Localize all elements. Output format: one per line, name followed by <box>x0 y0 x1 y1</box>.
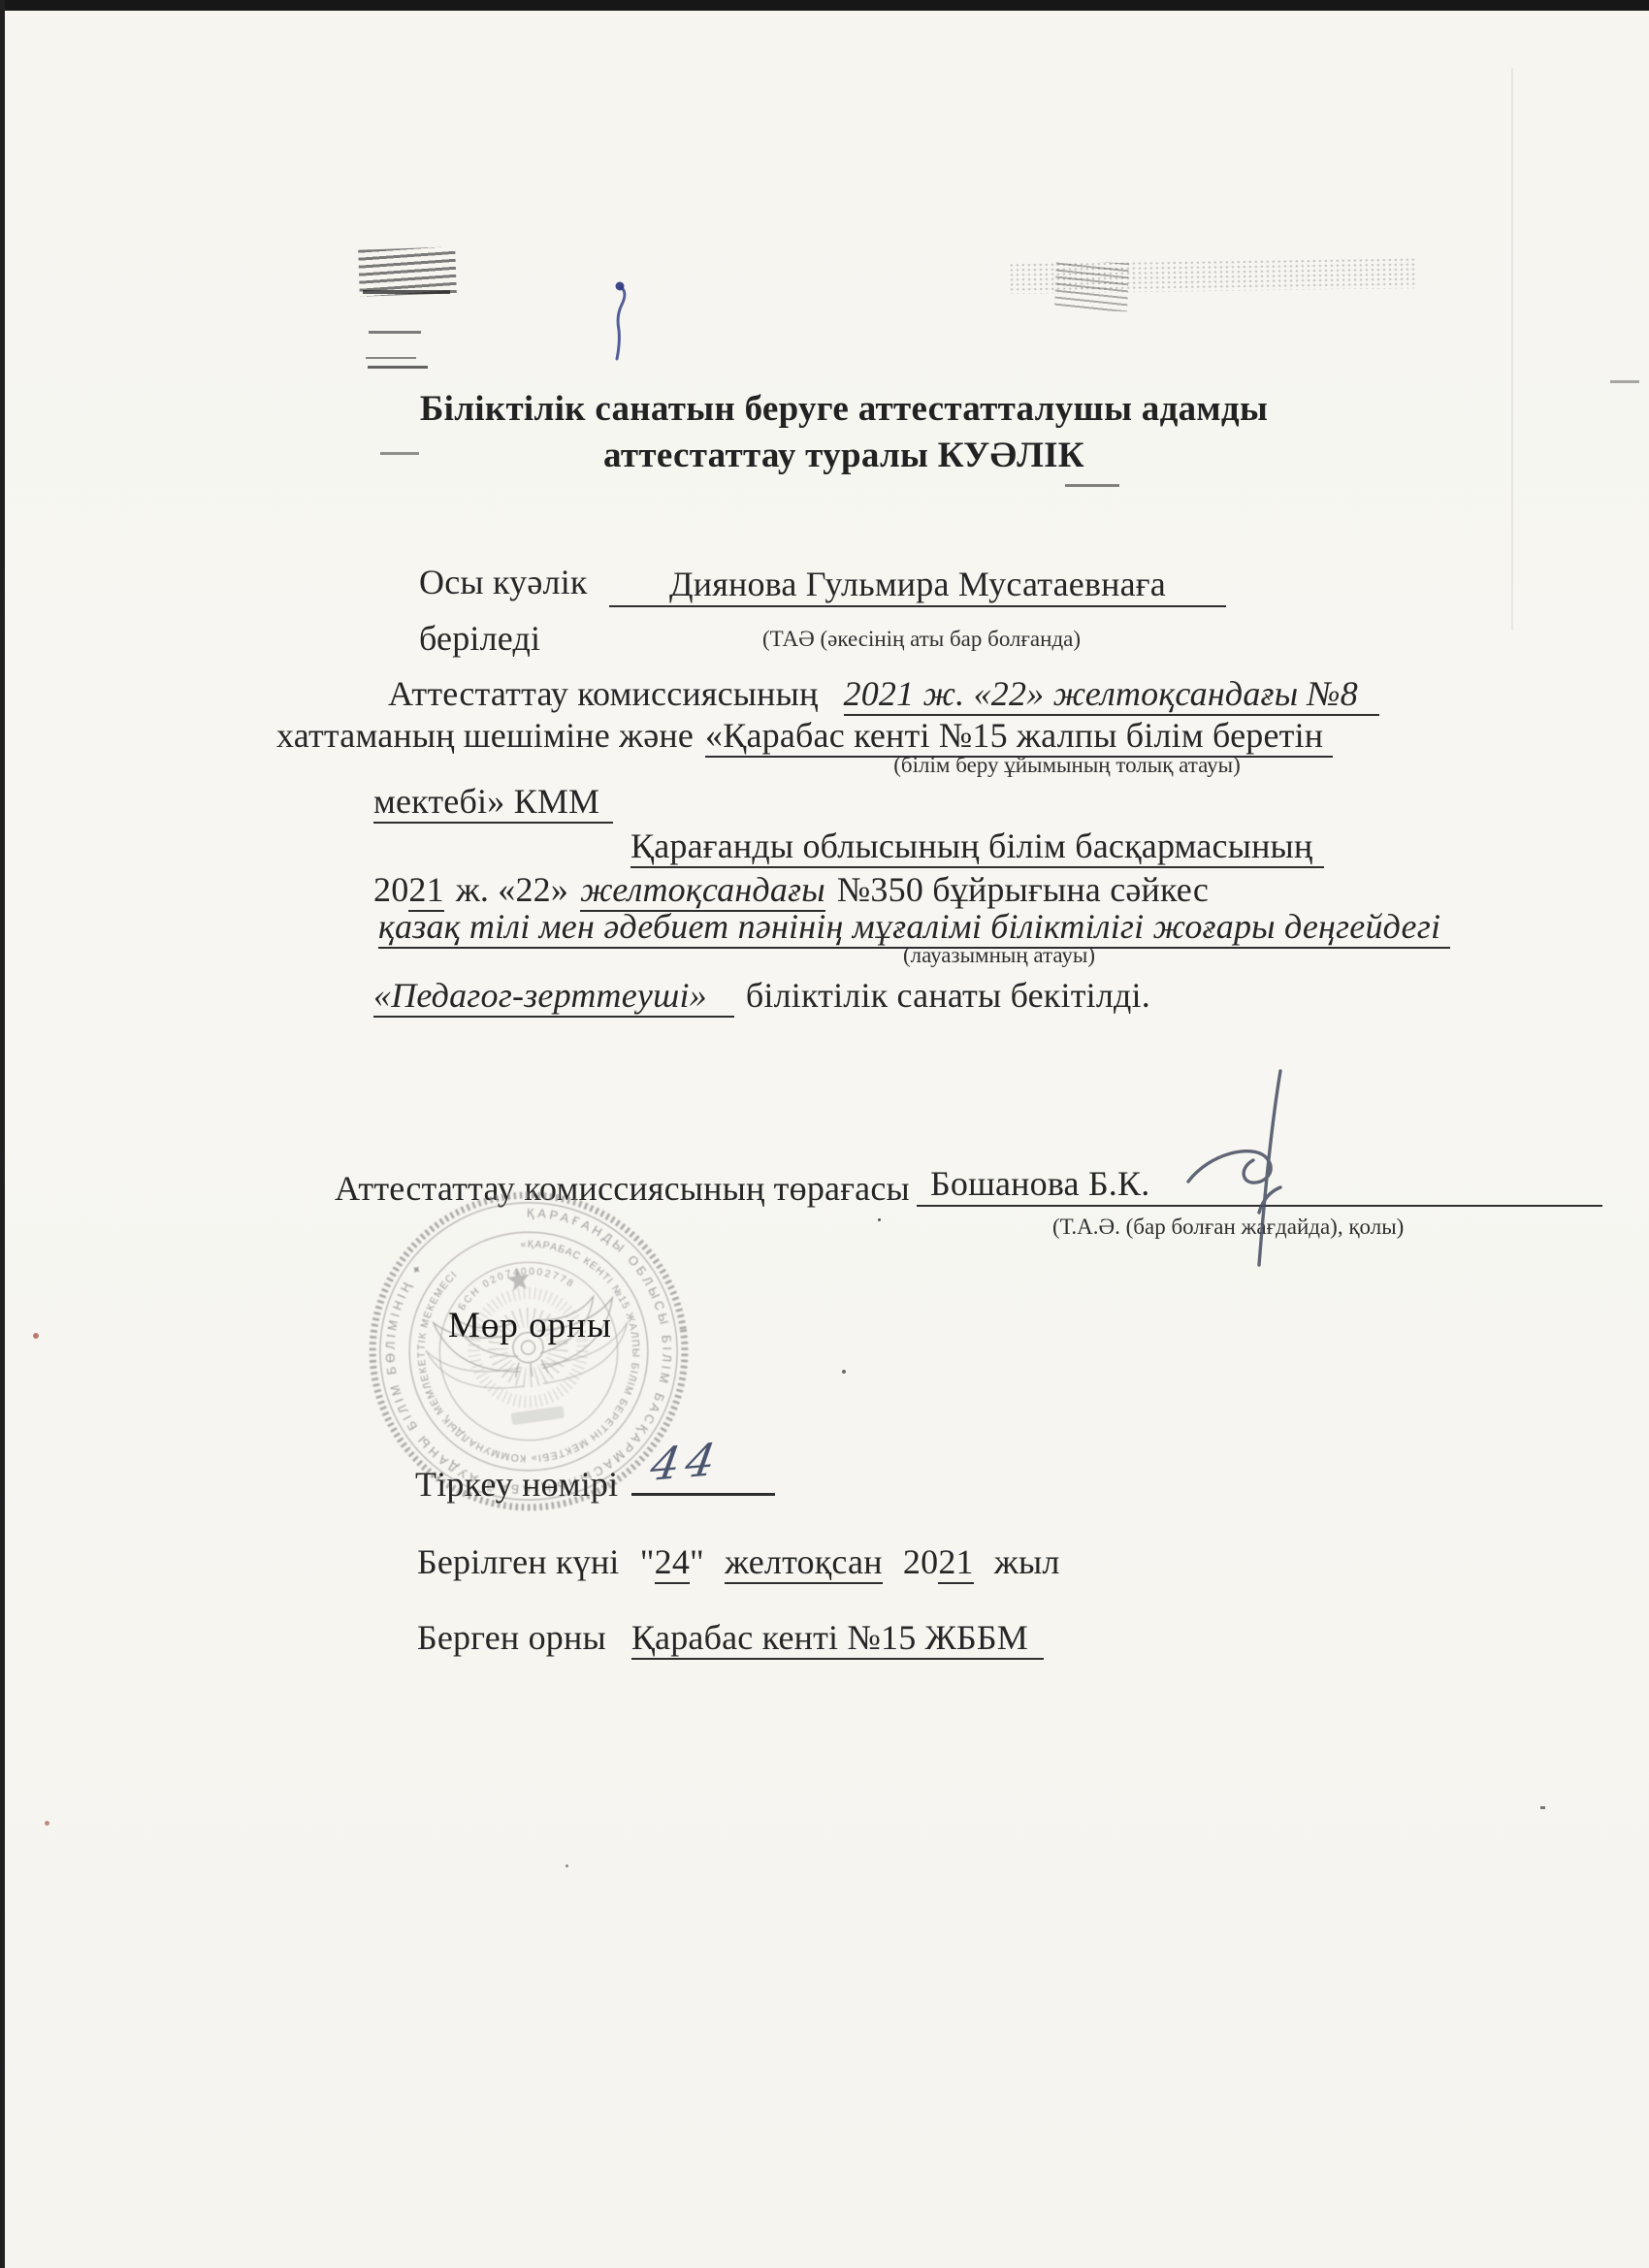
decision-plain: хаттаманың шешіміне және <box>276 716 694 755</box>
order-mid: ж. «22» <box>456 870 568 909</box>
department-name: Қарағанды облысының білім басқармасының <box>630 826 1324 868</box>
scan-line <box>366 357 416 359</box>
paragraph-line-category: «Педагог-зерттеуші»біліктілік санаты бек… <box>373 976 1150 1016</box>
scan-speck <box>878 1218 881 1221</box>
school-caption: (білім беру ұйымының толық атауы) <box>854 753 1280 778</box>
paragraph-line-department: Қарағанды облысының білім басқармасының <box>630 826 1324 866</box>
title-line-2: аттестаттау туралы КУӘЛІК <box>291 433 1397 479</box>
issue-year-suffix: жыл <box>994 1542 1060 1581</box>
order-year-written: 21 <box>408 870 443 912</box>
issue-place-value: Қарабас кенті №15 ЖББМ <box>631 1618 1044 1660</box>
order-year-prefix: 20 <box>373 870 408 909</box>
scan-speck-red <box>45 1821 49 1826</box>
scan-smudge <box>358 246 457 296</box>
scan-line <box>368 366 428 369</box>
scan-dash <box>1065 484 1119 487</box>
issue-day: 24 <box>655 1542 690 1584</box>
category-name: «Педагог-зерттеуші» <box>373 976 734 1018</box>
scan-speck-red <box>33 1333 39 1339</box>
signature-stroke <box>1174 1067 1324 1271</box>
recipient-name: Диянова Гульмира Мусатаевнаға <box>609 565 1226 607</box>
ink-mark <box>607 279 634 367</box>
issue-date-label: Берілген күні <box>417 1542 620 1581</box>
paragraph-line-position: қазақ тілі мен әдебиет пәнінің мұғалімі … <box>378 907 1450 947</box>
issue-place-line: Берген орныҚарабас кенті №15 ЖББМ <box>417 1618 1044 1658</box>
issue-year-prefix: 20 <box>903 1542 938 1581</box>
issue-year-written: 21 <box>938 1542 973 1584</box>
chairman-name: Бошанова Б.К. <box>917 1164 1149 1203</box>
registration-line: Тіркеу нөмірі <box>415 1465 775 1505</box>
recipient-caption: (ТАӘ (әкесінің аты бар болғанда) <box>621 627 1222 652</box>
scan-smudge <box>1054 261 1129 312</box>
scan-dash <box>1610 380 1639 383</box>
category-rest: біліктілік санаты бекітілді. <box>746 976 1150 1015</box>
registration-number-handwritten: 44 <box>647 1433 726 1491</box>
school-name-line1: «Қарабас кенті №15 жалпы білім беретін <box>705 716 1333 758</box>
scan-edge-top <box>0 0 1649 11</box>
scan-speck <box>1540 1806 1545 1809</box>
paragraph-line-order: 2021ж. «22»желтоқсандағы№350 бұйрығына с… <box>373 870 1209 910</box>
scan-line <box>369 331 421 334</box>
stamp-placeholder-text: Мөр орны <box>448 1305 612 1346</box>
scan-speckle-band <box>1009 257 1416 294</box>
paragraph-line-school2: мектебі» КММ <box>373 782 613 822</box>
title-line-1: Біліктілік санатын беруге аттестатталушы… <box>291 386 1397 433</box>
issued-label-line1: Осы куәлік <box>419 563 588 602</box>
scan-line <box>363 290 450 294</box>
issue-month: желтоқсан <box>725 1542 883 1584</box>
quote-close: " <box>690 1542 704 1581</box>
scanned-certificate-page: { "certificate": { "title": { "line1": "… <box>0 0 1649 2268</box>
issue-place-label: Берген орны <box>417 1618 606 1657</box>
registration-label: Тіркеу нөмірі <box>415 1465 618 1504</box>
scan-speck <box>842 1370 846 1374</box>
issued-label-line2: беріледі <box>419 619 540 659</box>
paragraph-line-protocol: Аттестаттау комиссиясының2021 ж. «22» же… <box>388 674 1379 714</box>
order-rest: №350 бұйрығына сәйкес <box>837 870 1209 909</box>
scan-edge-left <box>0 0 5 2268</box>
paragraph-line-school: хаттаманың шешіміне және«Қарабас кенті №… <box>276 716 1333 756</box>
quote-open: " <box>640 1542 655 1581</box>
school-name-line2: мектебі» КММ <box>373 782 613 824</box>
commission-intro: Аттестаттау комиссиясының <box>388 674 819 713</box>
protocol-details: 2021 ж. «22» желтоқсандағы №8 <box>844 674 1379 716</box>
certificate-title: Біліктілік санатын беруге аттестатталушы… <box>291 386 1397 479</box>
scan-speck <box>566 1864 568 1867</box>
order-month: желтоқсандағы <box>580 870 825 912</box>
registration-underline <box>631 1493 775 1496</box>
position-caption: (лауазымның атауы) <box>834 943 1164 968</box>
issue-date-line: Берілген күні "24" желтоқсан 2021 жыл <box>417 1542 1060 1582</box>
scan-crease <box>1511 68 1513 631</box>
